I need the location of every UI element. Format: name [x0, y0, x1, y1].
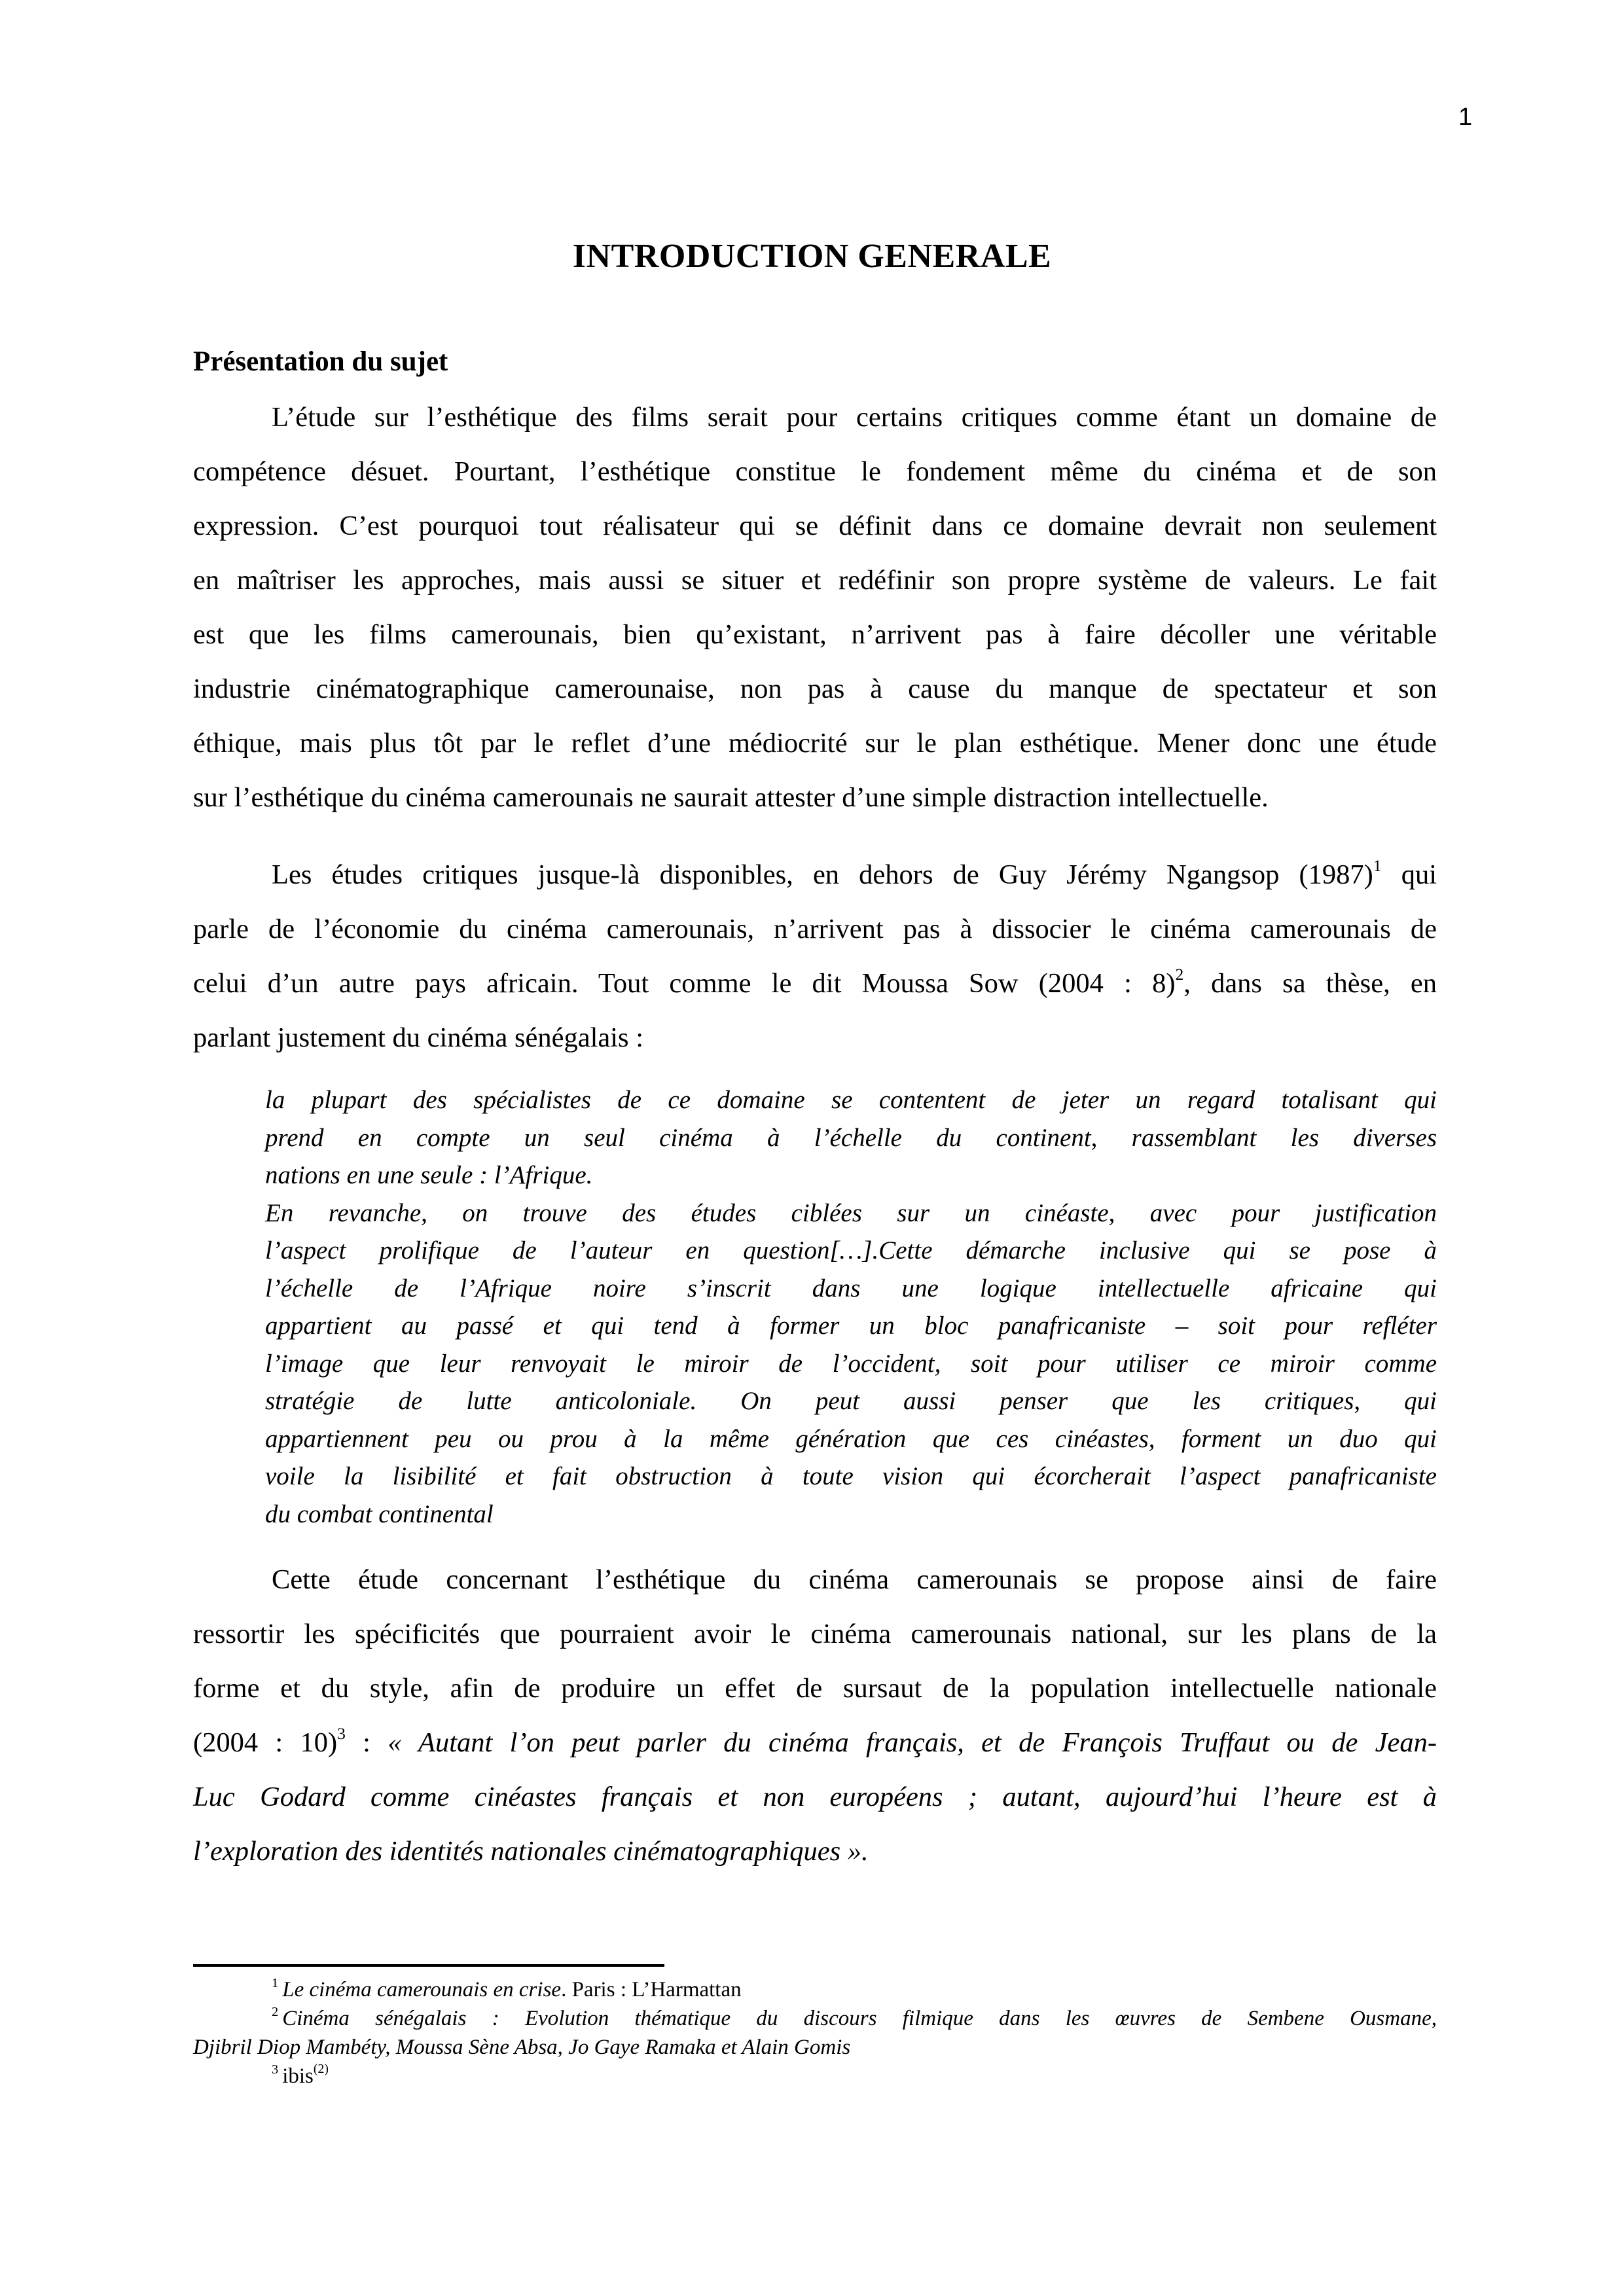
text-line: forme et du style, afin de produire un e…	[193, 1661, 1437, 1715]
quote-line: appartiennent peu ou prou à la même géné…	[265, 1420, 1437, 1458]
footnote-ref-1[interactable]: 1	[1373, 856, 1382, 875]
text-line: Les études critiques jusque-là disponibl…	[193, 848, 1437, 902]
paragraph-3: Cette étude concernant l’esthétique du c…	[193, 1552, 1437, 1878]
section-heading: Présentation du sujet	[193, 346, 448, 378]
quote-line: l’échelle de l’Afrique noire s’inscrit d…	[265, 1270, 1437, 1308]
text-line: sur l’esthétique du cinéma camerounais n…	[193, 770, 1437, 825]
text-line: l’exploration des identités nationales c…	[193, 1824, 1437, 1878]
text-line: en maîtriser les approches, mais aussi s…	[193, 553, 1437, 607]
paragraph-1: L’étude sur l’esthétique des films serai…	[193, 390, 1437, 825]
quote-line: l’image que leur renvoyait le miroir de …	[265, 1345, 1437, 1383]
footnotes: 1Le cinéma camerounais en crise. Paris :…	[193, 1975, 1437, 2090]
footnote-ref-2[interactable]: 2	[1176, 965, 1184, 984]
footnote-ref-3[interactable]: 3	[337, 1724, 346, 1743]
text-line: Cette étude concernant l’esthétique du c…	[193, 1552, 1437, 1607]
text-line: celui d’un autre pays africain. Tout com…	[193, 956, 1437, 1011]
text-line: expression. C’est pourquoi tout réalisat…	[193, 499, 1437, 553]
text-line: Luc Godard comme cinéastes français et n…	[193, 1770, 1437, 1824]
text-line: éthique, mais plus tôt par le reflet d’u…	[193, 716, 1437, 770]
footnote-2: 2Cinéma sénégalais : Evolution thématiqu…	[193, 2004, 1437, 2033]
quote-line: voile la lisibilité et fait obstruction …	[265, 1458, 1437, 1496]
paragraph-2: Les études critiques jusque-là disponibl…	[193, 848, 1437, 1065]
quote-line: nations en une seule : l’Afrique.	[265, 1157, 1437, 1194]
text-line: industrie cinématographique camerounaise…	[193, 662, 1437, 716]
footnote-1: 1Le cinéma camerounais en crise. Paris :…	[193, 1975, 1437, 2004]
quote-line: En revanche, on trouve des études ciblée…	[265, 1194, 1437, 1232]
footnote-2-continued: Djibril Diop Mambéty, Moussa Sène Absa, …	[193, 2033, 1437, 2062]
footnote-separator	[193, 1964, 664, 1967]
block-quote: la plupart des spécialistes de ce domain…	[265, 1081, 1437, 1533]
quote-line: stratégie de lutte anticoloniale. On peu…	[265, 1382, 1437, 1420]
footnote-3: 3ibis(2)	[193, 2062, 1437, 2090]
text-line: L’étude sur l’esthétique des films serai…	[193, 390, 1437, 444]
text-line: parle de l’économie du cinéma camerounai…	[193, 902, 1437, 956]
text-line: parlant justement du cinéma sénégalais :	[193, 1011, 1437, 1065]
text-line: ressortir les spécificités que pourraien…	[193, 1607, 1437, 1661]
text-line: (2004 : 10)3 : « Autant l’on peut parler…	[193, 1715, 1437, 1770]
quote-line: prend en compte un seul cinéma à l’échel…	[265, 1119, 1437, 1157]
page-title: INTRODUCTION GENERALE	[0, 237, 1624, 276]
quote-line: du combat continental	[265, 1496, 1437, 1534]
page-number: 1	[1458, 103, 1472, 132]
text-line: est que les films camerounais, bien qu’e…	[193, 607, 1437, 662]
quote-line: l’aspect prolifique de l’auteur en quest…	[265, 1232, 1437, 1270]
text-line: compétence désuet. Pourtant, l’esthétiqu…	[193, 444, 1437, 499]
quote-line: la plupart des spécialistes de ce domain…	[265, 1081, 1437, 1119]
quote-line: appartient au passé et qui tend à former…	[265, 1307, 1437, 1345]
